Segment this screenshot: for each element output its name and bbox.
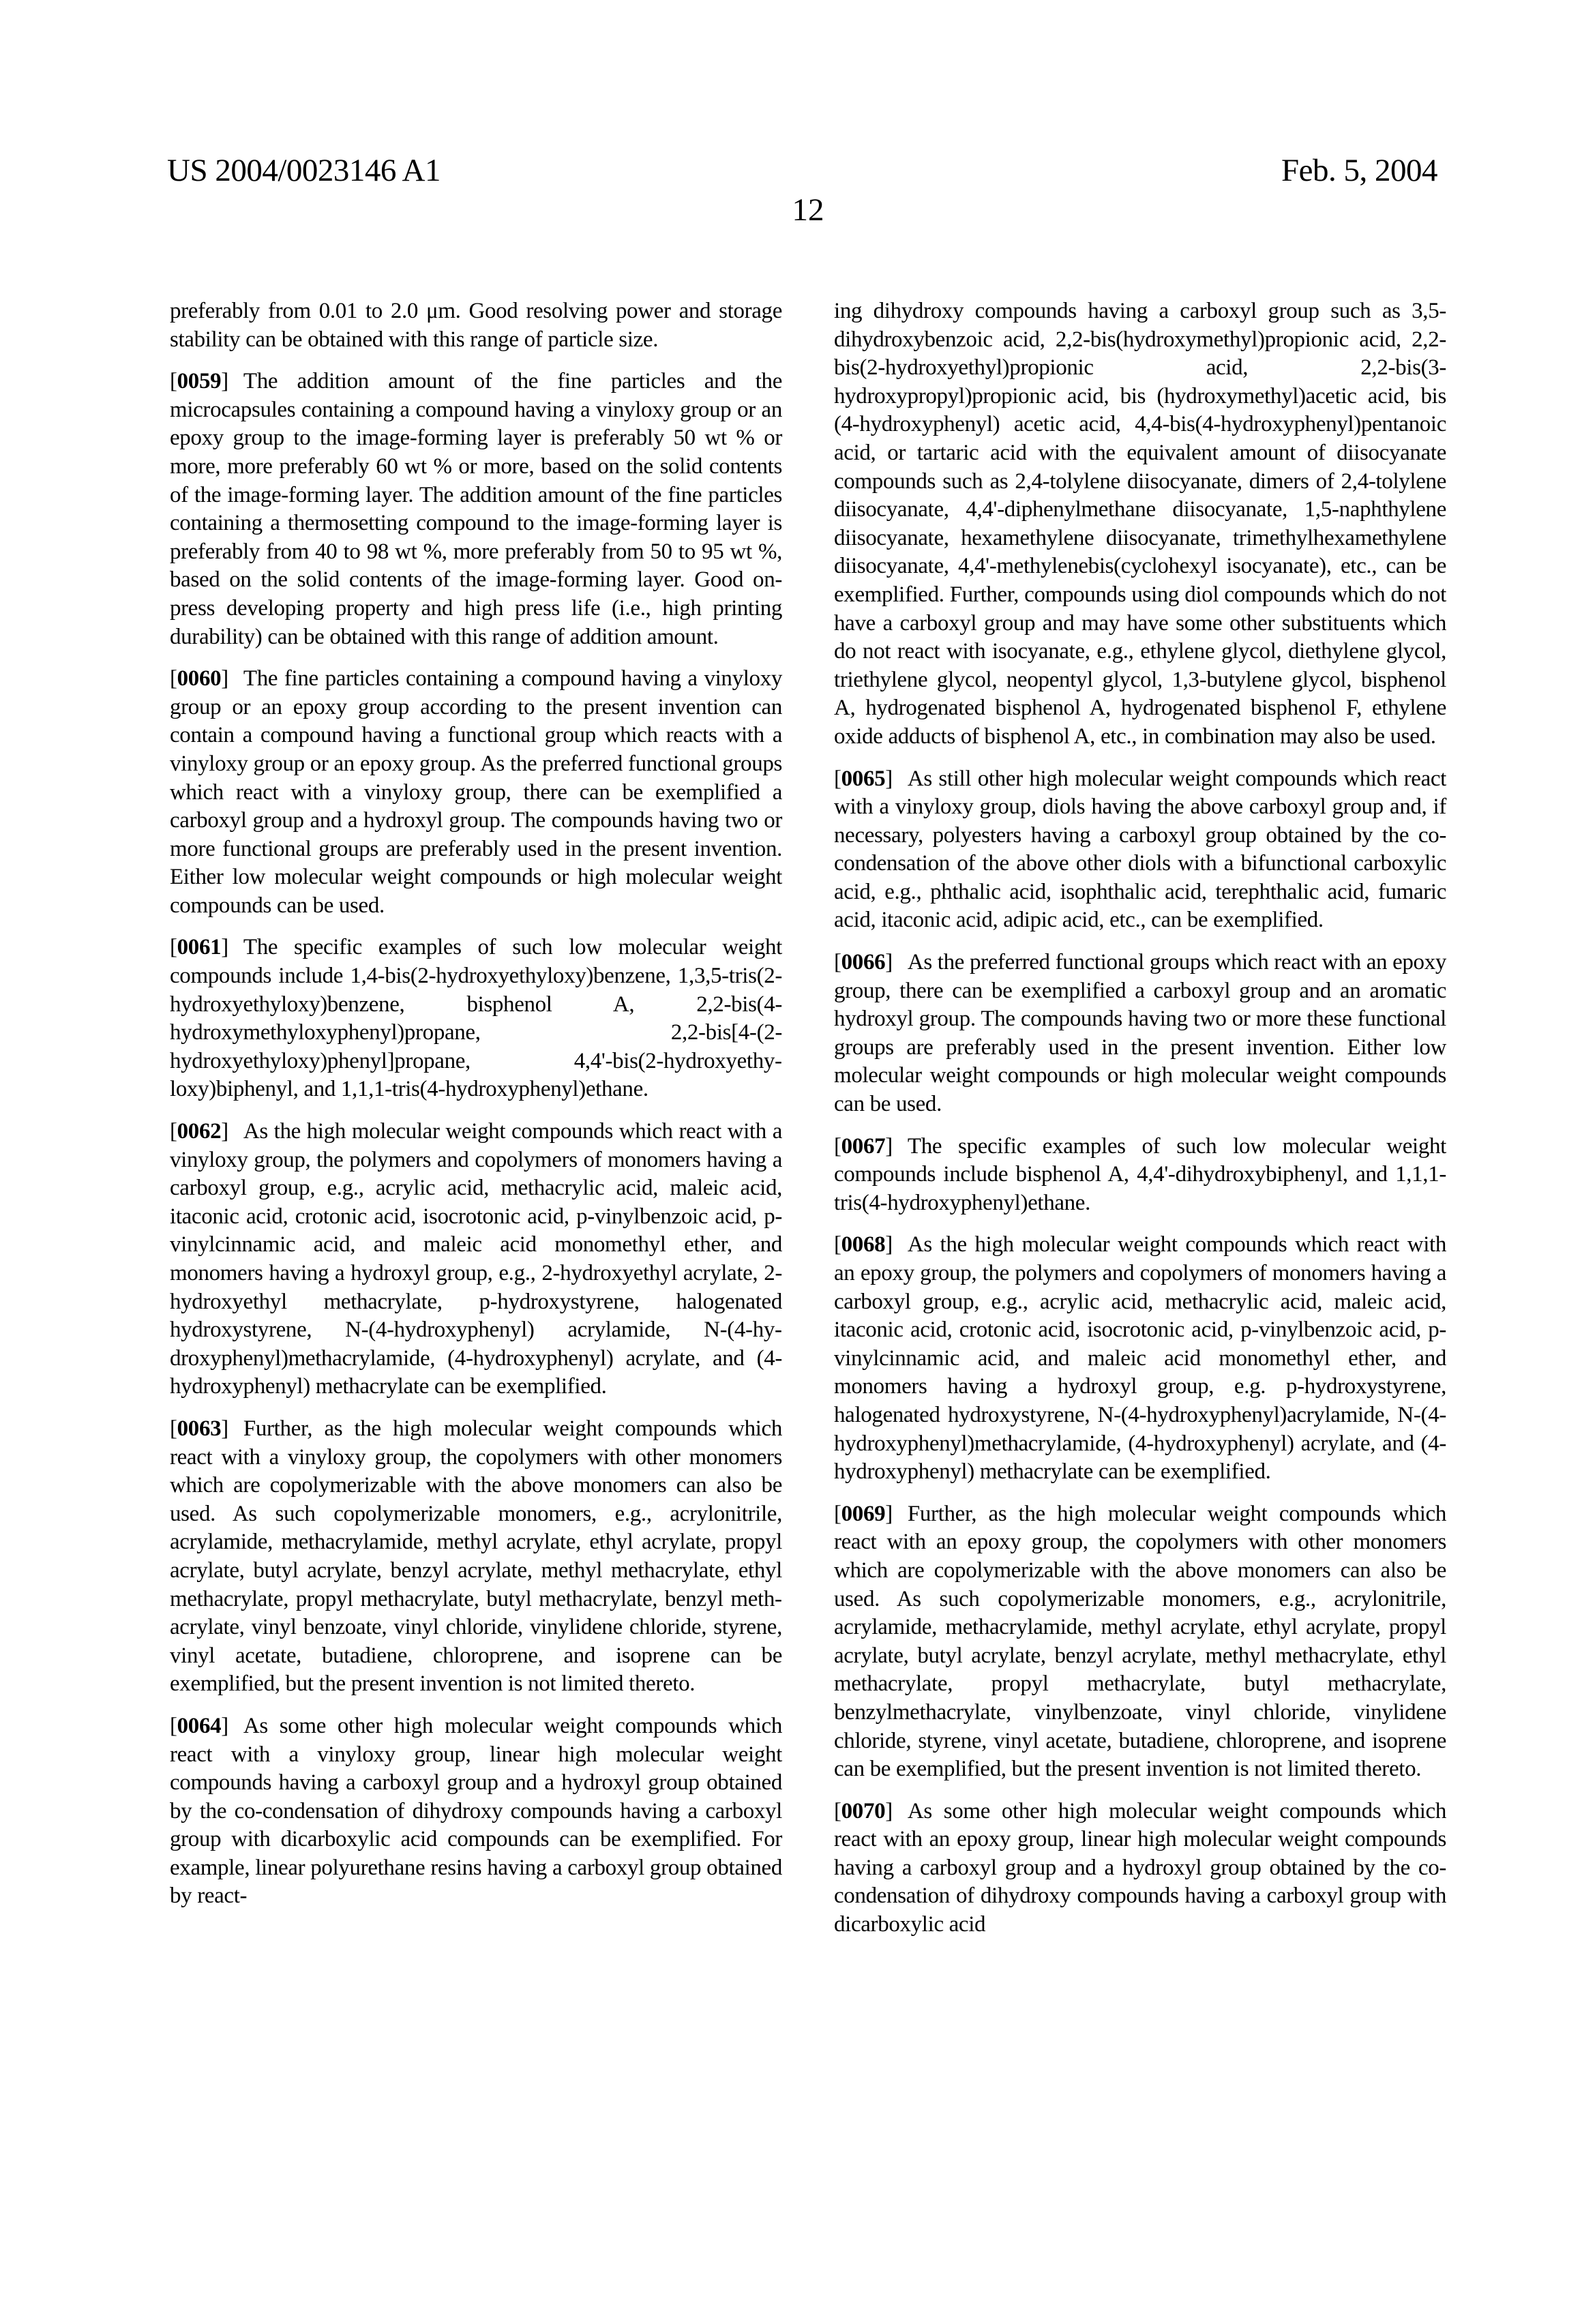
patent-page: US 2004/0023146 A1 Feb. 5, 2004 12 prefe… — [0, 0, 1582, 2324]
paragraph: [0060]The fine particles containing a co… — [170, 665, 782, 920]
paragraph: preferably from 0.01 to 2.0 μm. Good res… — [170, 297, 782, 354]
paragraph-number: [0066] — [834, 950, 893, 974]
paragraph-text: As the high molecular weight compounds w… — [834, 1232, 1446, 1484]
paragraph-text: The addition amount of the fine particle… — [170, 369, 782, 649]
paragraph: [0065]As still other high molecular weig… — [834, 765, 1446, 936]
paragraph: [0069]Further, as the high molecular wei… — [834, 1500, 1446, 1784]
paragraph-text: The specific examples of such low molecu… — [170, 935, 782, 1101]
paragraph-number: [0068] — [834, 1232, 893, 1257]
paragraph: [0061]The specific examples of such low … — [170, 934, 782, 1104]
paragraph-number: [0067] — [834, 1134, 893, 1159]
paragraph-number: [0070] — [834, 1799, 893, 1823]
paragraph: [0067]The specific examples of such low … — [834, 1133, 1446, 1218]
paragraph-text: preferably from 0.01 to 2.0 μm. Good res… — [170, 299, 782, 352]
page-number: 12 — [0, 191, 1582, 229]
paragraph-text: The specific examples of such low molecu… — [834, 1134, 1446, 1215]
paragraph-text: The fine particles containing a compound… — [170, 666, 782, 918]
paragraph: [0063]Further, as the high molecular wei… — [170, 1415, 782, 1699]
paragraph-number: [0059] — [170, 369, 228, 393]
paragraph: [0066]As the preferred functional groups… — [834, 949, 1446, 1119]
paragraph-text: Further, as the high molecular weight co… — [170, 1416, 782, 1696]
publication-date: Feb. 5, 2004 — [1281, 151, 1437, 190]
right-column: ing dihydroxy compounds having a carboxy… — [834, 297, 1446, 1953]
paragraph-text: Further, as the high molecular weight co… — [834, 1502, 1446, 1781]
left-column: preferably from 0.01 to 2.0 μm. Good res… — [170, 297, 782, 1924]
paragraph: [0059]The addition amount of the fine pa… — [170, 368, 782, 651]
paragraph-number: [0065] — [834, 766, 893, 791]
paragraph: [0062]As the high molecular weight compo… — [170, 1118, 782, 1401]
paragraph: [0068]As the high molecular weight compo… — [834, 1231, 1446, 1486]
paragraph-text: As some other high molecular weight comp… — [170, 1714, 782, 1909]
paragraph-text: As the preferred functional groups which… — [834, 950, 1446, 1116]
paragraph-number: [0064] — [170, 1714, 228, 1738]
paragraph-number: [0063] — [170, 1416, 228, 1441]
paragraph-text: As the high molecular weight compounds w… — [170, 1119, 782, 1399]
paragraph: ing dihydroxy compounds having a carboxy… — [834, 297, 1446, 751]
paragraph-number: [0060] — [170, 666, 228, 691]
paragraph-number: [0062] — [170, 1119, 228, 1144]
paragraph-text: ing dihydroxy compounds having a carboxy… — [834, 299, 1446, 749]
paragraph: [0064]As some other high molecular weigh… — [170, 1712, 782, 1911]
publication-number: US 2004/0023146 A1 — [167, 151, 441, 190]
paragraph-text: As still other high molecular weight com… — [834, 766, 1446, 933]
paragraph-number: [0069] — [834, 1502, 893, 1526]
paragraph: [0070]As some other high molecular weigh… — [834, 1798, 1446, 1939]
paragraph-text: As some other high molecular weight comp… — [834, 1799, 1446, 1937]
paragraph-number: [0061] — [170, 935, 228, 959]
